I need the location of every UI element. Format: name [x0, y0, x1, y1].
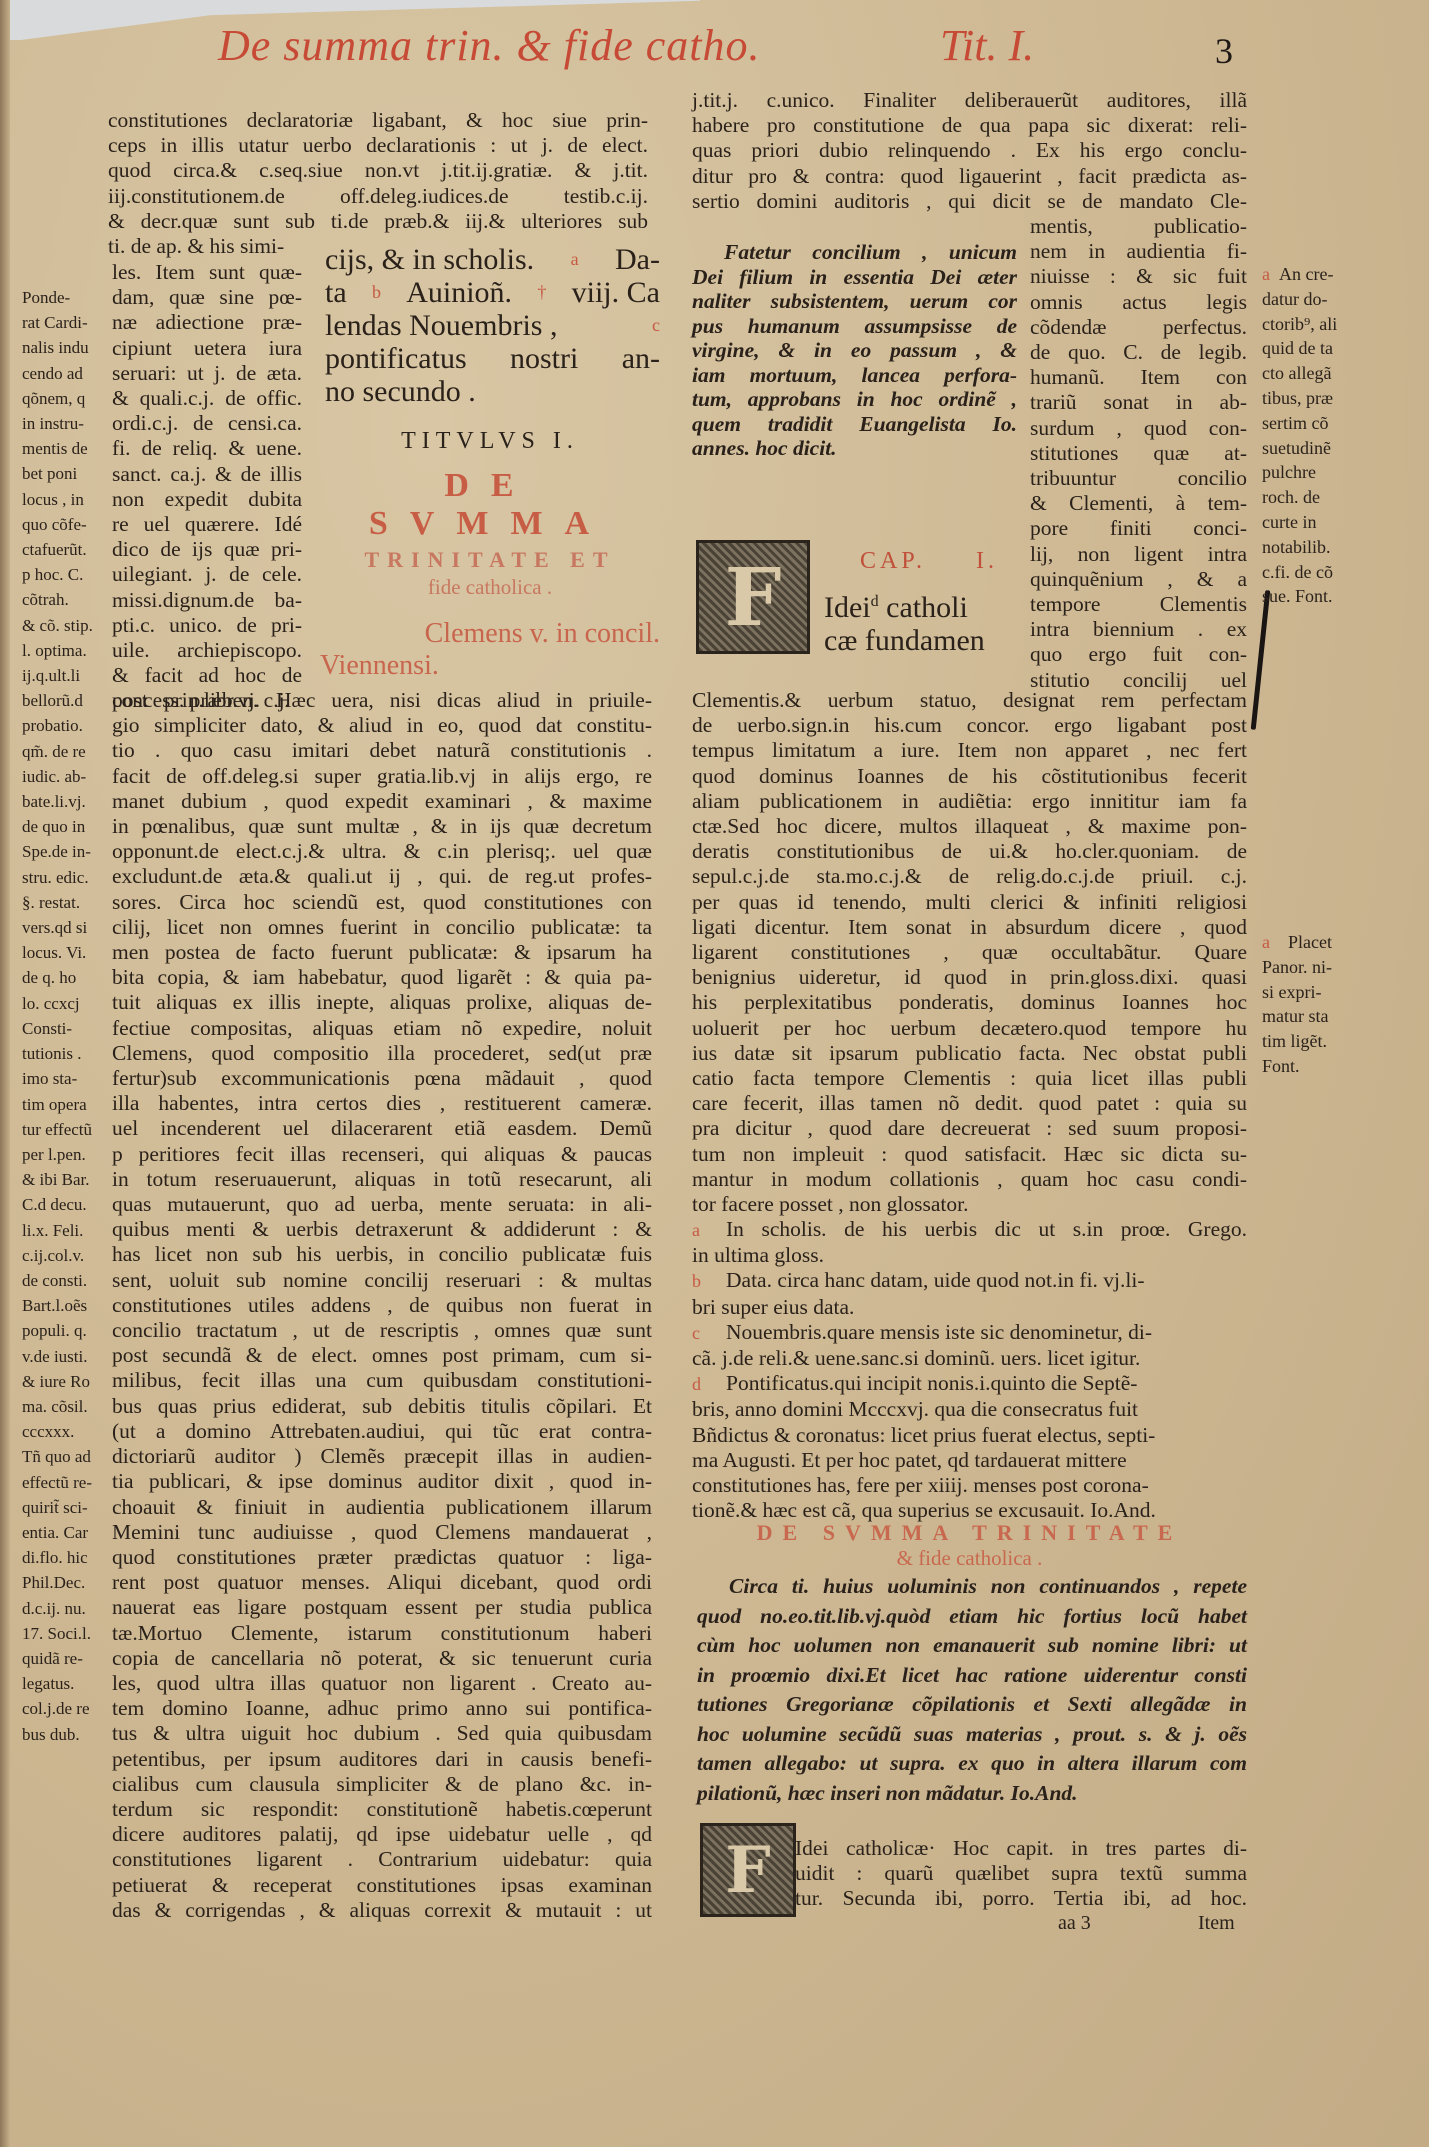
text-line: Memini tunc audiuisse , quod Clemens man… — [112, 1520, 652, 1545]
note-marker-b: b — [372, 276, 381, 309]
text-line: has licet non sub his uerbis, in concili… — [112, 1242, 652, 1267]
margin-line: Spe.de in- — [22, 839, 107, 864]
text-line: opponunt.de elect.c.j.& ultra. & c.in pl… — [112, 839, 652, 864]
text-line: iij.constitutionem.de off.deleg.iudices.… — [108, 184, 648, 209]
text-line: tor facere posset , non glossator. — [692, 1192, 1247, 1217]
text-line: dam, quæ sine pœ- — [112, 285, 302, 310]
text-line: bita copia, & iam habebatur, quod ligarẽ… — [112, 965, 652, 990]
margin-line: locus , in — [22, 487, 107, 512]
text-line: deratis constitutionibus de ui.& ho.cler… — [692, 839, 1247, 864]
margin-line: p hoc. C. — [22, 562, 107, 587]
text-line: quod dominus Ioannes de his cõstitutioni… — [692, 764, 1247, 789]
text-line: ius datæ sit ipsarum publicatio facta. N… — [692, 1041, 1247, 1066]
text-line: milibus, fecit illas una cum quibusdam c… — [112, 1368, 652, 1393]
text-line: per quas id tenendo, multi clerici & inf… — [692, 890, 1247, 915]
footnote-text: bri super eius data. — [692, 1295, 1247, 1320]
second-title-line: & fide catholica . — [692, 1546, 1247, 1571]
summary-line: annes. hoc dicit. — [692, 436, 1017, 461]
text-line: uel incenderent uel dilacerarent etiã ea… — [112, 1116, 652, 1141]
margin-line: tim ligẽt. — [1262, 1029, 1382, 1054]
footnote-c: cNouembris.quare mensis iste sic denomin… — [692, 1320, 1247, 1371]
margin-line: & cõ. stip. — [22, 613, 107, 638]
narrow-gloss: mentis, publicatio- nem in audientia fi-… — [1030, 214, 1247, 693]
margin-line: imo sta- — [22, 1066, 107, 1091]
footnote-marker: d — [692, 1372, 726, 1397]
left-margin-notes: Ponde- rat Cardi- nalis indu cendo ad qõ… — [22, 285, 107, 1747]
margin-line: & iure Ro — [22, 1369, 107, 1394]
gloss-line: humanũ. Item con — [1030, 365, 1247, 390]
text-line: fectiue compositas, aliquas etiam nõ exp… — [112, 1016, 652, 1041]
gloss-line: pore finiti conci- — [1030, 516, 1247, 541]
margin-line: di.flo. hic — [22, 1545, 107, 1570]
margin-line: & ibi Bar. — [22, 1167, 107, 1192]
margin-line: ij.q.ult.li — [22, 663, 107, 688]
text-line: constitutiones ligarent . Contrarium uid… — [112, 1847, 652, 1872]
margin-line: Phil.Dec. — [22, 1570, 107, 1595]
text-line: men postea de facto fuerunt publicatæ: &… — [112, 940, 652, 965]
gloss-line: tribuuntur concilio — [1030, 466, 1247, 491]
margin-line: rat Cardi- — [22, 310, 107, 335]
margin-line: si expri- — [1262, 980, 1382, 1005]
text-line: uile. archiepiscopo. — [112, 638, 302, 663]
decree-text: pontificatus nostri an- — [325, 342, 660, 375]
footnote-text: bris, anno domini Mcccxvj. qua die conse… — [692, 1397, 1247, 1422]
text-line: uilegiant. j. de cele. — [112, 562, 302, 587]
margin-line: iudic. ab- — [22, 764, 107, 789]
text-line: petentibus, per ipsum auditores dari in … — [112, 1747, 652, 1772]
summary-line: naliter subsistentem, uerum cor — [692, 289, 1017, 314]
margin-line: suetudinẽ — [1262, 436, 1382, 461]
text-line: quod circa.& c.seq.siue non.vt j.tit.ij.… — [108, 158, 648, 183]
footnote-b: bData. circa hanc datam, uide quod not.i… — [692, 1268, 1247, 1319]
title-block: TITVLVS I. DE SVMMA TRINITATE ET fide ca… — [320, 428, 660, 682]
footnote-text: Data. circa hanc datam, uide quod not.in… — [726, 1268, 1145, 1292]
gloss-line: stitutiones quæ at- — [1030, 441, 1247, 466]
commentary-line: tutiones Gregorianæ cõpilationis et Sext… — [697, 1690, 1247, 1720]
commentary-line: tamen allegabo: ut supra. ex quo in alte… — [697, 1749, 1247, 1779]
margin-line: bus dub. — [22, 1722, 107, 1747]
margin-line: notabilib. — [1262, 535, 1382, 560]
text-line: fertur)sub excommunicationis pœna mãdaui… — [112, 1066, 652, 1091]
footnote-d: dPontificatus.qui incipit nonis.i.quinto… — [692, 1371, 1247, 1523]
text-line: tæ.Mortuo Clemente, istarum constitution… — [112, 1621, 652, 1646]
margin-line: sue. Font. — [1262, 584, 1382, 609]
text-line: manet dubium , quod expedit examinari , … — [112, 789, 652, 814]
margin-line: bate.li.vj. — [22, 789, 107, 814]
summary-line: virgine, & in eo passum , & — [692, 338, 1017, 363]
margin-line: tibus, præ — [1262, 386, 1382, 411]
footnotes: aIn scholis. de his uerbis dic ut s.in p… — [692, 1217, 1247, 1523]
margin-line: §. restat. — [22, 890, 107, 915]
margin-line: effectũ re- — [22, 1470, 107, 1495]
chapter-label: CAP. I. — [860, 548, 998, 575]
margin-line: populi. q. — [22, 1318, 107, 1343]
text-line: his perplexitatibus ponderatis, dominus … — [692, 990, 1247, 1015]
text-line: sent, uoluit sub nomine concilij reserua… — [112, 1268, 652, 1293]
margin-line: 17. Soci.l. — [22, 1621, 107, 1646]
margin-line: stru. edic. — [22, 865, 107, 890]
second-title-line: DE SVMMA TRINITATE — [692, 1520, 1247, 1546]
text-line: cipiunt uetera iura — [112, 336, 302, 361]
titulus-heading: TITVLVS I. — [320, 428, 660, 455]
text-line: nauerat eas ligare postquam essent per s… — [112, 1595, 652, 1620]
text-line: dico de ijs quæ pri- — [112, 537, 302, 562]
text-line: les. Item sunt quæ- — [112, 260, 302, 285]
summary-line: quem tradidit Euangelista Io. — [692, 412, 1017, 437]
margin-line: c.ij.col.v. — [22, 1243, 107, 1268]
page-number: 3 — [1215, 30, 1233, 72]
text-line: in totum reseruauerunt, aliquas in totũ … — [112, 1167, 652, 1192]
margin-line: Font. — [1262, 1054, 1382, 1079]
text-line: quas priori dubio relinquendo . Ex his e… — [692, 138, 1247, 163]
margin-line: sertim cõ — [1262, 411, 1382, 436]
text-line: terdum sic respondit: constitutionẽ habe… — [112, 1797, 652, 1822]
text-line: tia publicari, & ipse dominus auditor di… — [112, 1469, 652, 1494]
note-marker: a — [1262, 932, 1270, 952]
text-line: benignius uideretur, id quod in prin.glo… — [692, 965, 1247, 990]
gloss-line: mentis, publicatio- — [1030, 214, 1247, 239]
text-line: (ut a domino Attrebaten.audiui, qui tũc … — [112, 1419, 652, 1444]
footnote-a: aIn scholis. de his uerbis dic ut s.in p… — [692, 1217, 1247, 1268]
book-page: De summa trin. & fide catho. Tit. I. 3 c… — [0, 0, 1429, 2147]
margin-line: curte in — [1262, 510, 1382, 535]
gloss-line: & Clementi, à tem- — [1030, 491, 1247, 516]
text-line: & decr.quæ sunt sub ti.de præb.& iij.& u… — [108, 209, 648, 234]
right-margin-note-1: a An cre- datur do- ctorib⁹, ali quid de… — [1262, 262, 1382, 609]
chapter-text: Idei — [824, 591, 871, 624]
right-column-body: Clementis.& uerbum statuo, designat rem … — [692, 688, 1247, 1217]
commentary-line: cùm hoc uolumen non emanauerit sub nomin… — [697, 1631, 1247, 1661]
margin-line: probatio. — [22, 713, 107, 738]
italic-commentary: Circa ti. huius uoluminis non continuand… — [697, 1572, 1247, 1808]
commentary-line: pilationũ, hæc inseri non mãdatur. Io.An… — [697, 1779, 1247, 1809]
footnote-text: In scholis. de his uerbis dic ut s.in pr… — [726, 1217, 1247, 1241]
margin-line: li.x. Feli. — [22, 1218, 107, 1243]
text-line: fi. de reliq. & uene. — [112, 436, 302, 461]
commentary-line: in proœmio dixi.Et licet hac ratione uid… — [697, 1661, 1247, 1691]
text-line: missi.dignum.de ba- — [112, 588, 302, 613]
decree-text: no secundo . — [325, 375, 660, 408]
text-line: sepul.c.j.de sta.mo.c.j.& de relig.do.c.… — [692, 864, 1247, 889]
margin-line: in instru- — [22, 411, 107, 436]
margin-line: col.j.de re — [22, 1696, 107, 1721]
text-line: choauit & finiuit in audientia publicati… — [112, 1495, 652, 1520]
margin-line: tur effectũ — [22, 1117, 107, 1142]
note-marker-c: c — [652, 309, 660, 342]
margin-line: per l.pen. — [22, 1142, 107, 1167]
text-line: & facit ad hoc de — [112, 663, 302, 688]
text-line: cialibus cum clausula simpliciter & de p… — [112, 1772, 652, 1797]
text-line: ligarent constitutiones , quæ occultabãt… — [692, 940, 1247, 965]
text-line: rent post quatuor menses. Aliqui diceban… — [112, 1570, 652, 1595]
text-line: pti.c. unico. de pri- — [112, 613, 302, 638]
text-line: ceps in illis utatur uerbo declarationis… — [108, 133, 648, 158]
text-line: non expedit dubita — [112, 487, 302, 512]
gloss-line: Idei catholicæ· Hoc capit. in tres parte… — [795, 1836, 1247, 1861]
text-line: gio simpliciter dato, & aliud in eo, quo… — [112, 713, 652, 738]
margin-line: qõnem, q — [22, 386, 107, 411]
text-line: uoluerit per hoc uerbum decætero.quod te… — [692, 1016, 1247, 1041]
margin-line: quid de ta — [1262, 336, 1382, 361]
text-line: Clemens, quod compositio illa procederet… — [112, 1041, 652, 1066]
margin-line: cto allegã — [1262, 361, 1382, 386]
footnote-marker: b — [692, 1269, 726, 1294]
decree-text: viij. Ca — [572, 276, 660, 309]
gloss-line: intra biennium . ex — [1030, 617, 1247, 642]
margin-line: tutionis . — [22, 1041, 107, 1066]
text-line: j.tit.j. c.unico. Finaliter deliberauerũ… — [692, 88, 1247, 113]
text-line: petiuerat & receperat constitutiones ips… — [112, 1873, 652, 1898]
decree-text: ta — [325, 276, 347, 309]
text-line: ligati dicentur. Item sonat in absurdum … — [692, 915, 1247, 940]
title-reference: Tit. I. — [940, 20, 1034, 71]
gloss-line: tempore Clementis — [1030, 592, 1247, 617]
text-line: dicere auditores palatij, qd ipse uideba… — [112, 1822, 652, 1847]
margin-line: bellorũ.d — [22, 688, 107, 713]
text-line: tio . quo casu imitari debet naturã cons… — [112, 738, 652, 763]
decree-text: Auinioñ. — [406, 276, 512, 309]
text-line: tem domino Ioanne, adhuc primo anno sui … — [112, 1696, 652, 1721]
footnote-text: Nouembris.quare mensis iste sic denomine… — [726, 1320, 1152, 1344]
text-line: Clementis.& uerbum statuo, designat rem … — [692, 688, 1247, 713]
gloss-line: omnis actus legis — [1030, 290, 1247, 315]
margin-line: de q. ho — [22, 965, 107, 990]
text-line: constitutiones declaratoriæ ligabant, & … — [108, 108, 648, 133]
text-line: pra dicitur , quod dare decreuerat : sed… — [692, 1116, 1247, 1141]
text-line: sanct. ca.j. & de illis — [112, 462, 302, 487]
gloss-line: quo ergo fuit con- — [1030, 642, 1247, 667]
ink-mark — [1251, 590, 1271, 730]
text-line: sores. Circa hoc sciendũ est, quod const… — [112, 890, 652, 915]
margin-line: de consti. — [22, 1268, 107, 1293]
text-line: copia de cancellaria nõ poterat, & sic t… — [112, 1646, 652, 1671]
gloss-line: tur. Secunda ibi, porro. Tertia ibi, ad … — [795, 1886, 1247, 1911]
margin-line: matur sta — [1262, 1004, 1382, 1029]
text-line: quibus menti & uerbis detraxerunt & addi… — [112, 1217, 652, 1242]
final-gloss: Idei catholicæ· Hoc capit. in tres parte… — [795, 1836, 1247, 1912]
right-margin-note-2: a Placet Panor. ni- si expri- matur sta … — [1262, 930, 1382, 1079]
commentary-line: quod no.eo.tit.lib.vj.quòd etiam hic for… — [697, 1602, 1247, 1632]
margin-line: ma. cõsil. — [22, 1394, 107, 1419]
margin-line: cõtrah. — [22, 587, 107, 612]
text-line: seruari: ut j. de æta. — [112, 361, 302, 386]
trinitate-heading: TRINITATE ET — [320, 547, 660, 573]
chapter-summary: Fatetur concilium , unicum Dei filium in… — [692, 240, 1017, 461]
text-line: ditur pro & contra: quod ligauerint , fa… — [692, 164, 1247, 189]
footnote-marker: a — [692, 1218, 726, 1243]
text-line: quas mutauerunt, quo ad uerba, mente ser… — [112, 1192, 652, 1217]
summary-line: Fatetur concilium , unicum — [692, 240, 1017, 265]
footnote-text: Bñdictus & coronatus: licet prius fuerat… — [692, 1423, 1247, 1448]
footnote-text: in ultima gloss. — [692, 1243, 1247, 1268]
margin-line: Tñ quo ad — [22, 1444, 107, 1469]
left-column-body: post prin.libr.vj. Hæc uera, nisi dicas … — [112, 688, 652, 1923]
decorated-initial-f: F — [696, 540, 810, 654]
left-column-narrow: les. Item sunt quæ- dam, quæ sine pœ- næ… — [112, 260, 302, 714]
margin-line: tim opera — [22, 1092, 107, 1117]
text-line: care fecerit, illas tamen nõ dedit. quod… — [692, 1091, 1247, 1116]
gloss-line: de quo. C. de legib. — [1030, 340, 1247, 365]
margin-line: bet poni — [22, 461, 107, 486]
text-line: tempus limitatum a iure. Item non appare… — [692, 738, 1247, 763]
chapter-text: catholi — [886, 591, 968, 624]
margin-line: Consti- — [22, 1016, 107, 1041]
text-line: illa habentes, intra certos dies , resti… — [112, 1091, 652, 1116]
margin-line: vers.qd si — [22, 915, 107, 940]
text-line: constitutiones utiles addens , de quibus… — [112, 1293, 652, 1318]
viennensi-line: Viennensi. — [320, 650, 660, 682]
text-line: aliam publicationem in audiẽtia: ergo in… — [692, 789, 1247, 814]
left-column-top: constitutiones declaratoriæ ligabant, & … — [108, 108, 648, 259]
margin-line: cendo ad — [22, 361, 107, 386]
margin-line: qm̃. de re — [22, 739, 107, 764]
text-line: mantur in modum collationis , quam hoc c… — [692, 1167, 1247, 1192]
gloss-line: cõdendæ perfectus. — [1030, 315, 1247, 340]
de-summa-heading: DE SVMMA — [320, 467, 660, 543]
catchword: Item — [1198, 1912, 1235, 1935]
margin-line: ctorib⁹, ali — [1262, 312, 1382, 337]
text-line: bus quas prius ediderat, sub debitis tit… — [112, 1394, 652, 1419]
text-line: facit de off.deleg.si super gratia.lib.v… — [112, 764, 652, 789]
second-title: DE SVMMA TRINITATE & fide catholica . — [692, 1520, 1247, 1571]
footnote-text: ma Augusti. Et per hoc patet, qd tardaue… — [692, 1448, 1247, 1473]
commentary-line: Circa ti. huius uoluminis non continuand… — [697, 1572, 1247, 1602]
margin-line: C.d decu. — [22, 1192, 107, 1217]
summary-line: tum, approbans in hoc ordinẽ , — [692, 387, 1017, 412]
text-line: excludunt.de æta.& quali.ut ij , qui. de… — [112, 864, 652, 889]
text-line: in pœnalibus, quæ sunt multæ , & in ijs … — [112, 814, 652, 839]
margin-line: Bart.l.oẽs — [22, 1293, 107, 1318]
text-line: les, quod ultra illas quatuor non ligare… — [112, 1671, 652, 1696]
decorated-initial-f-small: F — [700, 1823, 796, 1917]
text-line: post secundã & de elect. omnes post prim… — [112, 1343, 652, 1368]
text-line: tuit aliquas ex illis inepte, aliquas pr… — [112, 990, 652, 1015]
text-line: tus & ultra uiguit hoc dubium . Sed quia… — [112, 1721, 652, 1746]
chapter-text: cæ fundamen — [824, 624, 985, 657]
decree-text: cijs, & in scholis. — [325, 243, 534, 276]
footnote-text: Pontificatus.qui incipit nonis.i.quinto … — [726, 1371, 1137, 1395]
decree-text: Da- — [615, 243, 660, 276]
signature-mark: aa 3 — [1058, 1912, 1091, 1935]
margin-line: entia. Car — [22, 1520, 107, 1545]
margin-line: roch. de — [1262, 485, 1382, 510]
text-line: p peritiores fecit illas recenseri, qui … — [112, 1142, 652, 1167]
text-line: tum non impleuit : quod satisfacit. Hæc … — [692, 1142, 1247, 1167]
footnote-marker: c — [692, 1321, 726, 1346]
text-line: ordi.c.j. de censi.ca. — [112, 411, 302, 436]
margin-line: cccxxx. — [22, 1419, 107, 1444]
chapter-opening: Ideid catholi cæ fundamen — [824, 585, 985, 657]
fide-heading: fide catholica . — [320, 575, 660, 600]
summary-line: iam mortuum, lancea perfora- — [692, 363, 1017, 388]
text-line: cilij, licet non omnes fuerint in concil… — [112, 915, 652, 940]
right-column-top: j.tit.j. c.unico. Finaliter deliberauerũ… — [692, 88, 1247, 214]
text-line: concilio tractatum , ut de rescriptis , … — [112, 1318, 652, 1343]
margin-line: l. optima. — [22, 638, 107, 663]
gloss-line: lij, non ligent intra — [1030, 542, 1247, 567]
note-marker-a: a — [571, 243, 579, 276]
text-line: das & corrigendas , & aliquas correxit &… — [112, 1898, 652, 1923]
text-line: de uerbo.sign.in his.cum concor. ergo li… — [692, 713, 1247, 738]
text-line: post prin.libr.vj. Hæc uera, nisi dicas … — [112, 688, 652, 713]
text-line: dictoriarũ auditor ) Clemẽs præcepit ill… — [112, 1444, 652, 1469]
gloss-line: surdum , quod con- — [1030, 416, 1247, 441]
text-line: næ adiectione præ- — [112, 310, 302, 335]
gloss-line: trariũ sonat in ab- — [1030, 390, 1247, 415]
summary-line: pus humanum assumpsisse de — [692, 314, 1017, 339]
margin-line: Panor. ni- — [1262, 955, 1382, 980]
margin-line: v.de iusti. — [22, 1344, 107, 1369]
margin-line: ctafuerũt. — [22, 537, 107, 562]
text-line: re uel quærere. Idé — [112, 512, 302, 537]
text-line: catio facta tempore Clementis : quia lic… — [692, 1066, 1247, 1091]
text-line: sertio domini auditoris , qui dicit se d… — [692, 189, 1247, 214]
text-line: ctæ.Sed hoc dicere, multos illaqueat , &… — [692, 814, 1247, 839]
margin-line: datur do- — [1262, 287, 1382, 312]
margin-line: pulchre — [1262, 460, 1382, 485]
gloss-line: nem in audientia fi- — [1030, 239, 1247, 264]
margin-line: locus. Vi. — [22, 940, 107, 965]
margin-line: nalis indu — [22, 335, 107, 360]
gloss-line: quinquẽnium , & a — [1030, 567, 1247, 592]
margin-line: lo. ccxcj — [22, 991, 107, 1016]
margin-line: mentis de — [22, 436, 107, 461]
margin-line: quo cõfe- — [22, 512, 107, 537]
text-line: quod constitutiones præter prædictas qua… — [112, 1545, 652, 1570]
note-marker: a — [1262, 264, 1270, 284]
note-marker-dagger: † — [537, 276, 546, 309]
page-spine-shadow — [0, 0, 10, 2147]
margin-line: d.c.ij. nu. — [22, 1596, 107, 1621]
clemens-line: Clemens v. in concil. — [320, 618, 660, 650]
text-line: & quali.c.j. de offic. — [112, 386, 302, 411]
margin-line: An cre- — [1279, 264, 1333, 284]
gloss-line: uidit : quarũ quælibet supra textũ summa — [795, 1861, 1247, 1886]
note-marker-d: d — [871, 593, 879, 610]
gloss-line: niuisse : & sic fuit — [1030, 264, 1247, 289]
running-title: De summa trin. & fide catho. — [218, 20, 761, 71]
text-line: habere pro constitutione de qua papa sic… — [692, 113, 1247, 138]
decree-text: lendas Nouembris , — [325, 309, 557, 342]
margin-line: quirit̃ sci- — [22, 1495, 107, 1520]
summary-line: Dei filium in essentia Dei æter — [692, 265, 1017, 290]
margin-line: de quo in — [22, 814, 107, 839]
margin-line: legatus. — [22, 1671, 107, 1696]
decree-date: cijs, & in scholis. a Da- ta b Auinioñ. … — [325, 243, 660, 408]
margin-line: Placet — [1288, 932, 1332, 952]
footnote-text: cã. j.de reli.& uene.sanc.si dominũ. uer… — [692, 1346, 1247, 1371]
margin-line: quidã re- — [22, 1646, 107, 1671]
margin-line: Ponde- — [22, 285, 107, 310]
commentary-line: hoc uolumine secũdũ suas materias , prou… — [697, 1720, 1247, 1750]
margin-line: c.fi. de cõ — [1262, 560, 1382, 585]
footnote-text: constitutiones has, fere per xiiij. mens… — [692, 1473, 1247, 1498]
